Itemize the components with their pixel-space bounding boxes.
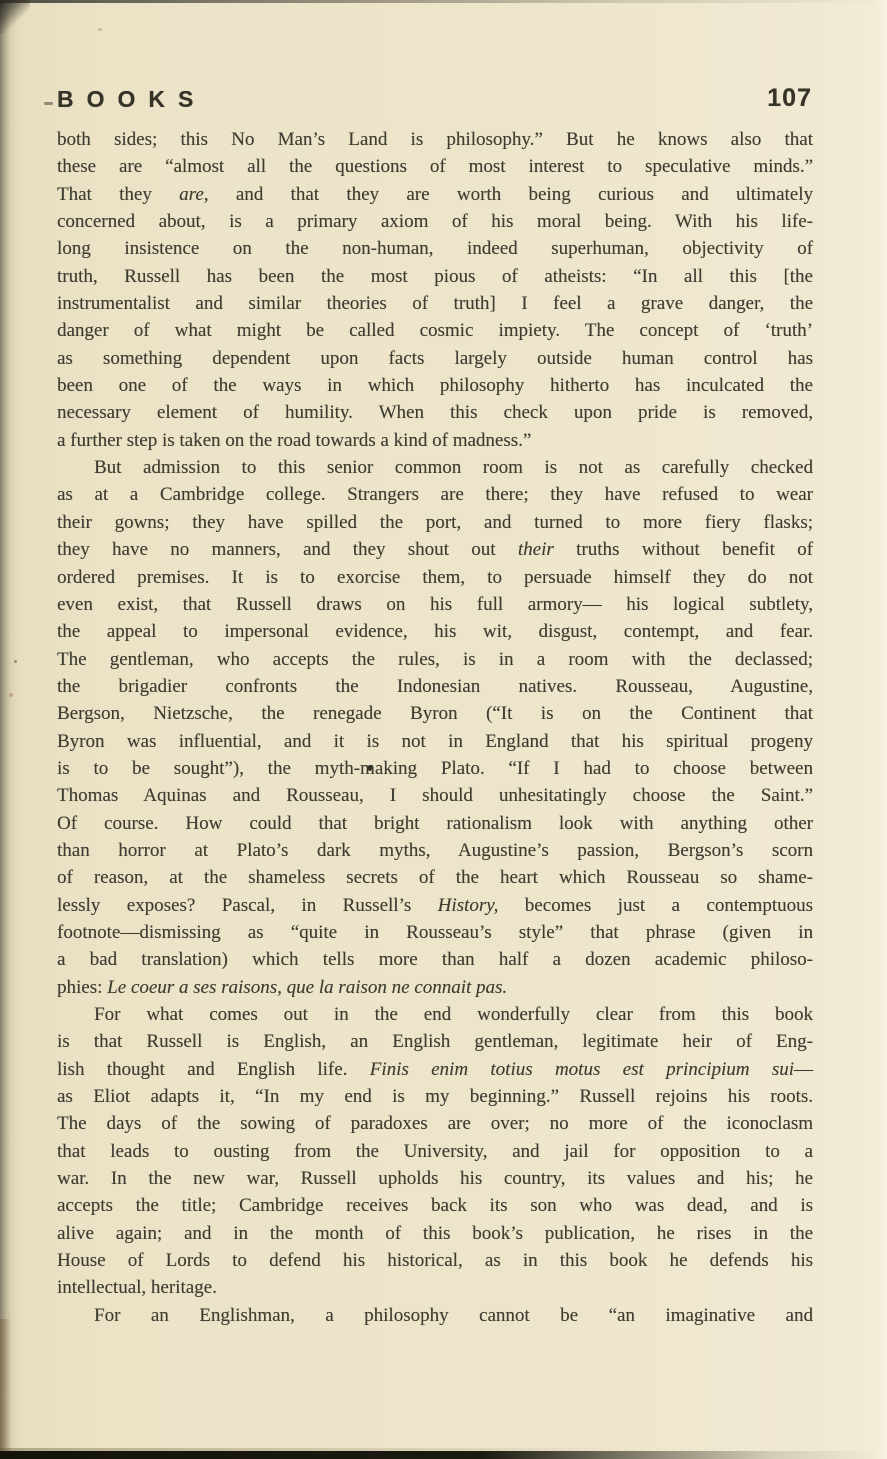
text-segment: is that Russell is English, an English g… (57, 1031, 813, 1052)
text-segment: becomes just a contemptuous (498, 895, 813, 916)
text-segment: truths without benefit of (554, 539, 813, 560)
text-line: The days of the sowing of paradoxes are … (57, 1110, 813, 1137)
text-segment: is to be sought”), the myth-making Plato… (57, 758, 813, 779)
text-line: they have no manners, and they shout out… (57, 536, 813, 563)
text-line: the appeal to impersonal evidence, his w… (57, 618, 813, 645)
italic-text-segment: Finis enim totius motus est principium s… (370, 1059, 794, 1080)
text-segment: that leads to ousting from the Universit… (57, 1141, 813, 1162)
page-text-block: both sides; this No Man’s Land is philos… (57, 126, 813, 1329)
text-line: Of course. How could that bright rationa… (57, 810, 813, 837)
scan-artifact-speck (98, 28, 102, 31)
text-line: is that Russell is English, an English g… (57, 1028, 813, 1055)
text-line: both sides; this No Man’s Land is philos… (57, 126, 813, 153)
text-segment: than horror at Plato’s dark myths, Augus… (57, 840, 813, 861)
text-line: long insistence on the non-human, indeed… (57, 235, 813, 262)
text-line: been one of the ways in which philosophy… (57, 372, 813, 399)
bottom-edge-bar (0, 1451, 878, 1459)
binding-shadow-warm (0, 1319, 12, 1459)
text-line: That they are, and that they are worth b… (57, 181, 813, 208)
text-line: But admission to this senior common room… (57, 454, 813, 481)
text-line: as something dependent upon facts largel… (57, 345, 813, 372)
text-segment: phies: (57, 977, 107, 998)
text-segment: That they (57, 184, 179, 205)
text-line: For an Englishman, a philosophy cannot b… (57, 1302, 813, 1329)
scan-artifact-dash (44, 102, 53, 105)
text-line: that leads to ousting from the Universit… (57, 1138, 813, 1165)
text-line: their gowns; they have spilled the port,… (57, 509, 813, 536)
text-line: war. In the new war, Russell upholds his… (57, 1165, 813, 1192)
book-page-scan: BOOKS 107 both sides; this No Man’s Land… (0, 0, 887, 1459)
binding-shadow (0, 0, 18, 1459)
text-line: than horror at Plato’s dark myths, Augus… (57, 837, 813, 864)
text-line: alive again; and in the month of this bo… (57, 1220, 813, 1247)
text-segment: ordered premises. It is to exorcise them… (57, 567, 813, 588)
text-segment: their gowns; they have spilled the port,… (57, 512, 813, 533)
text-line: these are “almost all the questions of m… (57, 153, 813, 180)
text-segment: The days of the sowing of paradoxes are … (57, 1113, 813, 1134)
text-segment: lessly exposes? Pascal, in Russell’s (57, 895, 438, 916)
italic-text-segment: their (518, 539, 554, 560)
italic-text-segment: History, (438, 895, 499, 916)
text-segment: even exist, that Russell draws on his fu… (57, 594, 813, 615)
text-segment: as at a Cambridge college. Strangers are… (57, 484, 813, 505)
text-segment: alive again; and in the month of this bo… (57, 1223, 813, 1244)
text-segment: war. In the new war, Russell upholds his… (57, 1168, 813, 1189)
text-segment: Bergson, Nietzsche, the renegade Byron (… (57, 703, 813, 724)
text-segment: lish thought and English life. (57, 1059, 370, 1080)
text-line: the brigadier confronts the Indonesian n… (57, 673, 813, 700)
text-segment: accepts the title; Cambridge receives ba… (57, 1195, 813, 1216)
top-left-corner-shadow (0, 0, 30, 34)
text-line: is to be sought”), the myth-making Plato… (57, 755, 813, 782)
text-segment: concerned about, is a primary axiom of h… (57, 211, 813, 232)
top-edge-shadow (0, 0, 887, 3)
italic-text-segment: Le coeur a ses raisons, que la raison ne… (107, 977, 507, 998)
text-line: truth, Russell has been the most pious o… (57, 263, 813, 290)
text-segment: Thomas Aquinas and Rousseau, I should un… (57, 785, 813, 806)
page-header-title: BOOKS (57, 86, 206, 113)
text-line: footnote—dismissing as “quite in Roussea… (57, 919, 813, 946)
text-segment: danger of what might be called cosmic im… (57, 320, 813, 341)
text-line: ordered premises. It is to exorcise them… (57, 564, 813, 591)
text-segment: intellectual, heritage. (57, 1277, 217, 1298)
scan-artifact-speck (9, 693, 13, 697)
text-line: danger of what might be called cosmic im… (57, 317, 813, 344)
text-line: concerned about, is a primary axiom of h… (57, 208, 813, 235)
scan-artifact-speck (263, 1312, 266, 1315)
text-line: The gentleman, who accepts the rules, is… (57, 646, 813, 673)
text-segment: both sides; this No Man’s Land is philos… (57, 129, 813, 150)
text-segment: these are “almost all the questions of m… (57, 156, 813, 177)
text-segment: The gentleman, who accepts the rules, is… (57, 649, 813, 670)
text-segment: of reason, at the shameless secrets of t… (57, 867, 813, 888)
italic-text-segment: are (179, 184, 204, 205)
text-line: as Eliot adapts it, “In my end is my beg… (57, 1083, 813, 1110)
text-line: necessary element of humility. When this… (57, 399, 813, 426)
text-line: of reason, at the shameless secrets of t… (57, 864, 813, 891)
text-segment: House of Lords to defend his historical,… (57, 1250, 813, 1271)
text-segment: the brigadier confronts the Indonesian n… (57, 676, 813, 697)
text-segment: Of course. How could that bright rationa… (57, 813, 813, 834)
text-segment: Byron was influential, and it is not in … (57, 731, 813, 752)
text-line: a bad translation) which tells more than… (57, 946, 813, 973)
text-line: intellectual, heritage. (57, 1274, 813, 1301)
text-segment: been one of the ways in which philosophy… (57, 375, 813, 396)
text-line: phies: Le coeur a ses raisons, que la ra… (57, 974, 813, 1001)
text-segment: they have no manners, and they shout out (57, 539, 518, 560)
text-segment: instrumentalist and similar theories of … (57, 293, 813, 314)
text-line: Bergson, Nietzsche, the renegade Byron (… (57, 700, 813, 727)
text-line: as at a Cambridge college. Strangers are… (57, 481, 813, 508)
text-segment: a bad translation) which tells more than… (57, 949, 813, 970)
text-segment: — (794, 1059, 813, 1080)
text-segment: But admission to this senior common room… (94, 457, 813, 478)
text-segment: necessary element of humility. When this… (57, 402, 813, 423)
scan-artifact-speck (14, 660, 17, 663)
text-segment: as something dependent upon facts largel… (57, 348, 813, 369)
text-segment: footnote—dismissing as “quite in Roussea… (57, 922, 813, 943)
text-segment: truth, Russell has been the most pious o… (57, 266, 813, 287)
text-line: Byron was influential, and it is not in … (57, 728, 813, 755)
scan-artifact-ink-dot (368, 765, 372, 771)
text-line: For what comes out in the end wonderfull… (57, 1001, 813, 1028)
right-page-edge-highlight (877, 0, 887, 1459)
text-line: Thomas Aquinas and Rousseau, I should un… (57, 782, 813, 809)
text-segment: as Eliot adapts it, “In my end is my beg… (57, 1086, 813, 1107)
text-line: lish thought and English life. Finis eni… (57, 1056, 813, 1083)
page-number: 107 (767, 84, 812, 113)
text-line: House of Lords to defend his historical,… (57, 1247, 813, 1274)
text-line: lessly exposes? Pascal, in Russell’s His… (57, 892, 813, 919)
text-segment: , and that they are worth being curious … (204, 184, 813, 205)
text-segment: a further step is taken on the road towa… (57, 430, 531, 451)
text-segment: For what comes out in the end wonderfull… (94, 1004, 813, 1025)
text-segment: long insistence on the non-human, indeed… (57, 238, 813, 259)
text-line: instrumentalist and similar theories of … (57, 290, 813, 317)
text-segment: the appeal to impersonal evidence, his w… (57, 621, 813, 642)
text-line: even exist, that Russell draws on his fu… (57, 591, 813, 618)
text-line: accepts the title; Cambridge receives ba… (57, 1192, 813, 1219)
text-segment: For an Englishman, a philosophy cannot b… (94, 1305, 813, 1326)
text-line: a further step is taken on the road towa… (57, 427, 813, 454)
